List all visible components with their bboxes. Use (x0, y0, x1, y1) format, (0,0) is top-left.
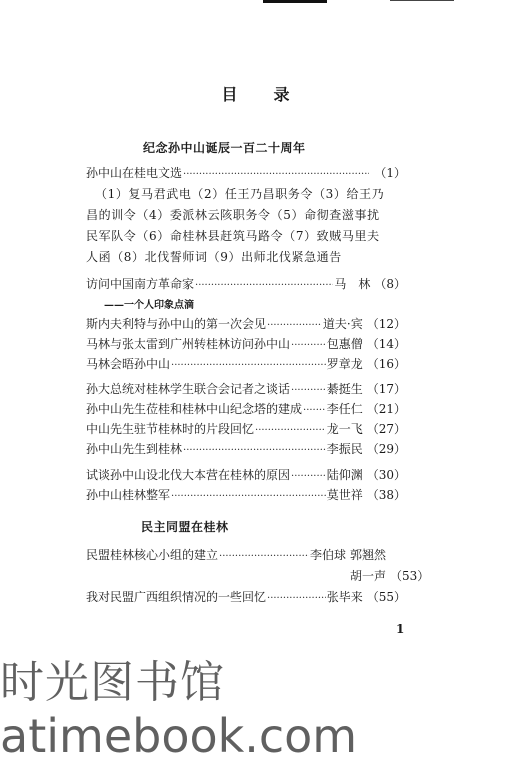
entry-page: （17） (367, 379, 406, 399)
toc-entry[interactable]: 孙中山先生到桂林 李振民 （29） (86, 439, 406, 459)
leader-dots (291, 381, 326, 401)
entry-author: 李振民 (327, 439, 363, 459)
entry-page: （30） (367, 465, 406, 485)
entry-author: 陆仰渊 (327, 465, 363, 485)
entry-page: （8） (374, 274, 406, 294)
entry-title: 马林与张太雷到广州转桂林访问孙中山 (86, 334, 290, 354)
entry-title: 中山先生驻节桂林时的片段回忆 (86, 419, 254, 439)
entry-author: 包惠僧 (327, 334, 363, 354)
scan-edge-bar (263, 0, 327, 3)
section-heading-1: 纪念孙中山诞辰一百二十周年 (143, 139, 306, 156)
toc-entry[interactable]: 民盟桂林核心小组的建立 李伯球 (86, 545, 346, 565)
entry-author: 莫世祥 (327, 485, 363, 505)
entry-author: 罗章龙 (327, 354, 363, 374)
entry-page: （38） (367, 485, 406, 505)
title-char-2: 录 (274, 82, 292, 105)
toc-entry[interactable]: 试谈孙中山设北伐大本营在桂林的原因 陆仰渊 （30） (86, 465, 406, 485)
entry-author: 龙一飞 (327, 419, 363, 439)
entry-title: 访问中国南方革命家 (86, 274, 194, 294)
entry-author: 马 林 (334, 274, 370, 294)
entry-title: 孙中山先生到桂林 (86, 439, 182, 459)
entry-title: 孙中山先生莅桂和桂林中山纪念塔的建成 (86, 399, 302, 419)
entry-page: （12） (367, 314, 406, 334)
page-title: 目录 (0, 82, 513, 105)
toc-entry[interactable]: 斯内夫利特与孙中山的第一次会见 道夫·宾 （12） (86, 314, 406, 334)
toc-entry[interactable]: 我对民盟广西组织情况的一些回忆 张毕来 （55） (86, 587, 406, 607)
sublist-line: 昌的训令（4）委派林云陔职务令（5）命彻查滋事扰 (86, 205, 396, 226)
scan-edge-line (390, 0, 454, 1)
leader-dots (195, 276, 333, 296)
toc-entry[interactable]: 孙大总统对桂林学生联合会记者之谈话 綦挺生 （17） (86, 379, 406, 399)
entry-title: 我对民盟广西组织情况的一些回忆 (86, 587, 266, 607)
entry-page: （1） (374, 163, 406, 183)
toc-entry[interactable]: 马林与张太雷到广州转桂林访问孙中山 包惠僧 （14） (86, 334, 406, 354)
entry-page: （21） (367, 399, 406, 419)
entry-title: 试谈孙中山设北伐大本营在桂林的原因 (86, 465, 290, 485)
entry-title: 马林会晤孙中山 (86, 354, 170, 374)
entry-title: 民盟桂林核心小组的建立 (86, 545, 218, 565)
entry-author: 道夫·宾 (323, 314, 363, 334)
leader-dots (171, 356, 326, 376)
sublist-line: 人函（8）北伐誓师词（9）出师北伐紧急通告 (86, 247, 396, 268)
section-heading-2: 民主同盟在桂林 (141, 518, 229, 535)
entry-page: （27） (367, 419, 406, 439)
sublist-line: 民军队令（6）命桂林县赶筑马路令（7）致贼马里夫 (86, 226, 396, 247)
page-number: 1 (396, 622, 404, 636)
entry-author: 张毕来 (327, 587, 363, 607)
title-char-1: 目 (221, 82, 239, 105)
leader-dots (183, 165, 369, 185)
entry-coauthor: 郭翘然 (350, 545, 386, 565)
entry-title: 孙中山在桂电文选 (86, 163, 182, 183)
leader-dots (291, 336, 326, 356)
entry-subtitle: ——一个人印象点滴 (104, 296, 194, 311)
sublist-line: （1）复马君武电（2）任王乃昌职务令（3）给王乃 (95, 184, 405, 205)
watermark-chinese: 时光图书馆 (0, 658, 225, 708)
leader-dots (303, 401, 326, 421)
entry-author: 綦挺生 (327, 379, 363, 399)
toc-entry[interactable]: 访问中国南方革命家 马 林 （8） (86, 274, 406, 294)
entry-title: 孙中山桂林整军 (86, 485, 170, 505)
leader-dots (183, 441, 326, 461)
entry-title: 斯内夫利特与孙中山的第一次会见 (86, 314, 266, 334)
entry-page: （55） (367, 587, 406, 607)
watermark-url: atimebook.com (0, 710, 357, 762)
toc-entry[interactable]: 孙中山先生莅桂和桂林中山纪念塔的建成 李任仁 （21） (86, 399, 406, 419)
leader-dots (171, 487, 326, 507)
toc-entry[interactable]: 孙中山桂林整军 莫世祥 （38） (86, 485, 406, 505)
toc-entry[interactable]: 马林会晤孙中山 罗章龙 （16） (86, 354, 406, 374)
entry-page: （16） (367, 354, 406, 374)
entry-author: 李任仁 (327, 399, 363, 419)
leader-dots (267, 316, 322, 336)
leader-dots (219, 547, 309, 567)
entry-coauthor: 胡一声（53） (350, 566, 429, 586)
entry-title: 孙大总统对桂林学生联合会记者之谈话 (86, 379, 290, 399)
entry-page: （53） (390, 569, 429, 583)
leader-dots (267, 589, 326, 609)
entry-author: 李伯球 (310, 545, 346, 565)
leader-dots (291, 467, 326, 487)
leader-dots (255, 421, 326, 441)
entry-coauthor-name: 胡一声 (350, 569, 386, 583)
toc-entry[interactable]: 中山先生驻节桂林时的片段回忆 龙一飞 （27） (86, 419, 406, 439)
entry-page: （14） (367, 334, 406, 354)
toc-entry[interactable]: 孙中山在桂电文选 （1） (86, 163, 406, 183)
entry-page: （29） (367, 439, 406, 459)
